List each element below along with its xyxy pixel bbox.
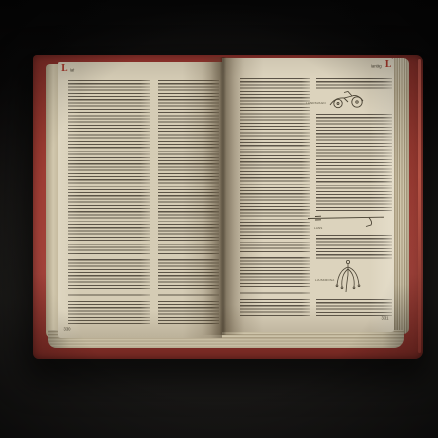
right-page: lantlig L LANDSVAGN — [222, 58, 394, 332]
right-page-column-1 — [240, 78, 310, 318]
right-running-header: lantlig L — [366, 61, 391, 70]
photo-scene: L laf 330 lantlig L LANDSVAGN — [0, 0, 438, 438]
left-page: L laf 330 — [58, 62, 222, 338]
right-page-column-2-segment — [316, 235, 392, 259]
right-guide-word: lantlig — [371, 65, 382, 69]
right-page-number: 331 — [382, 317, 389, 321]
lance-illustration — [306, 213, 386, 228]
carriage-caption: LANDSVAGN — [306, 102, 326, 105]
right-page-column-2-segment — [316, 299, 392, 318]
right-page-column-2-segment — [316, 114, 392, 212]
left-running-header: L laf — [61, 65, 77, 74]
carriage-illustration — [328, 89, 366, 110]
right-section-letter: L — [385, 61, 391, 70]
left-guide-word: laf — [70, 69, 74, 73]
left-page-column-2 — [158, 80, 219, 324]
right-fore-edge-stack — [393, 58, 409, 334]
left-section-letter: L — [61, 65, 67, 74]
left-page-number: 330 — [64, 328, 71, 332]
left-page-column-1 — [68, 80, 150, 324]
chandelier-illustration — [334, 259, 362, 297]
open-dictionary-book: L laf 330 lantlig L LANDSVAGN — [0, 0, 438, 438]
lance-caption: LANS — [314, 227, 322, 230]
chandelier-caption: LJUSKRONA — [315, 279, 334, 282]
